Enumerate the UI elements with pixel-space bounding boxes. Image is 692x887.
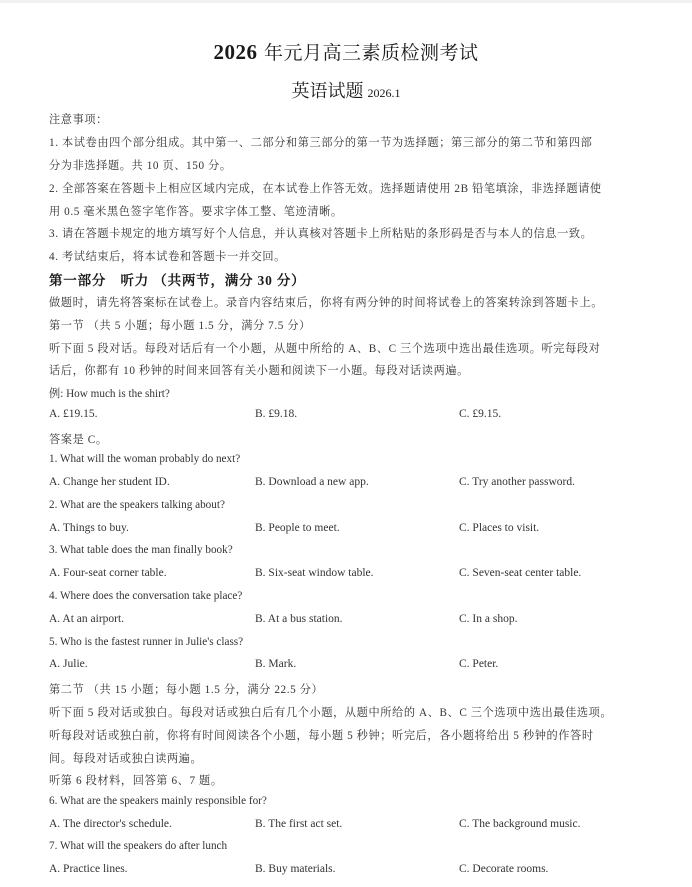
q5-option-b: B. Mark. <box>255 658 296 670</box>
q1-option-c: C. Try another password. <box>459 476 575 488</box>
q1-option-b: B. Download a new app. <box>255 476 369 488</box>
notice-item: 2. 全部答案在答题卡上相应区域内完成，在本试卷上作答无效。选择题请使用 2B … <box>49 180 602 196</box>
q6-option-b: B. The first act set. <box>255 818 342 830</box>
question-2: 2. What are the speakers talking about? <box>49 499 225 511</box>
q4-option-a: A. At an airport. <box>49 613 124 625</box>
notice-item: 用 0.5 毫米黑色签字笔作答。要求字体工整、笔迹清晰。 <box>49 203 343 219</box>
q4-option-b: B. At a bus station. <box>255 613 343 625</box>
exam-date: 2026.1 <box>368 86 401 100</box>
exam-title: 2026 年元月高三素质检测考试 <box>0 38 692 65</box>
notice-heading: 注意事项： <box>49 111 108 127</box>
question-5: 5. Who is the fastest runner in Julie's … <box>49 636 243 648</box>
part1-heading: 第一部分 听力 （共两节，满分 30 分） <box>49 269 305 289</box>
q4-option-c: C. In a shop. <box>459 613 517 625</box>
example-option-b: B. £9.18. <box>255 408 297 420</box>
q2-option-c: C. Places to visit. <box>459 522 539 534</box>
section1-instruction: 话后，你都有 10 秒钟的时间来回答有关小题和阅读下一小题。每段对话读两遍。 <box>49 362 469 378</box>
q5-option-a: A. Julie. <box>49 658 88 670</box>
section2-instruction: 听每段对话或独白前，你将有时间阅读各个小题，每小题 5 秒钟；听完后，各小题将给… <box>49 727 594 743</box>
part1-instruction: 做题时，请先将答案标在试卷上。录音内容结束后，你将有两分钟的时间将试卷上的答案转… <box>49 294 603 310</box>
q3-option-a: A. Four-seat corner table. <box>49 567 167 579</box>
top-border <box>0 0 692 3</box>
title-year: 2026 <box>213 40 257 64</box>
q3-option-b: B. Six-seat window table. <box>255 567 374 579</box>
example-option-c: C. £9.15. <box>459 408 501 420</box>
section2-heading: 第二节 （共 15 小题；每小题 1.5 分，满分 22.5 分） <box>49 681 323 697</box>
question-1: 1. What will the woman probably do next? <box>49 453 240 465</box>
q6-option-a: A. The director's schedule. <box>49 818 172 830</box>
q1-option-a: A. Change her student ID. <box>49 476 170 488</box>
q7-option-b: B. Buy materials. <box>255 863 336 875</box>
section1-instruction: 听下面 5 段对话。每段对话后有一个小题，从题中所给的 A、B、C 三个选项中选… <box>49 340 600 356</box>
q7-option-c: C. Decorate rooms. <box>459 863 548 875</box>
example-question: 例: How much is the shirt? <box>49 385 170 401</box>
question-4: 4. Where does the conversation take plac… <box>49 590 242 602</box>
question-7: 7. What will the speakers do after lunch <box>49 840 227 852</box>
notice-item: 分为非选择题。共 10 页、150 分。 <box>49 157 232 173</box>
question-6: 6. What are the speakers mainly responsi… <box>49 795 267 807</box>
notice-item: 1. 本试卷由四个部分组成。其中第一、二部分和第三部分的第一节为选择题；第三部分… <box>49 134 592 150</box>
question-3: 3. What table does the man finally book? <box>49 544 233 556</box>
section2-instruction: 听下面 5 段对话或独白。每段对话或独白后有几个小题，从题中所给的 A、B、C … <box>49 704 612 720</box>
section2-instruction: 间。每段对话或独白读两遍。 <box>49 750 202 766</box>
material-note: 听第 6 段材料，回答第 6、7 题。 <box>49 772 223 788</box>
title-text: 年元月高三素质检测考试 <box>264 42 479 64</box>
q2-option-a: A. Things to buy. <box>49 522 129 534</box>
example-option-a: A. £19.15. <box>49 408 98 420</box>
q2-option-b: B. People to meet. <box>255 522 340 534</box>
q5-option-c: C. Peter. <box>459 658 498 670</box>
notice-item: 4. 考试结束后，将本试卷和答题卡一并交回。 <box>49 248 286 264</box>
example-answer: 答案是 C。 <box>49 431 108 447</box>
q3-option-c: C. Seven-seat center table. <box>459 567 581 579</box>
q7-option-a: A. Practice lines. <box>49 863 128 875</box>
notice-item: 3. 请在答题卡规定的地方填写好个人信息，并认真核对答题卡上所粘贴的条形码是否与… <box>49 225 592 241</box>
q6-option-c: C. The background music. <box>459 818 580 830</box>
subject-name: 英语试题 <box>292 81 364 102</box>
section1-heading: 第一节 （共 5 小题；每小题 1.5 分，满分 7.5 分） <box>49 317 311 333</box>
exam-subtitle: 英语试题2026.1 <box>0 77 692 103</box>
